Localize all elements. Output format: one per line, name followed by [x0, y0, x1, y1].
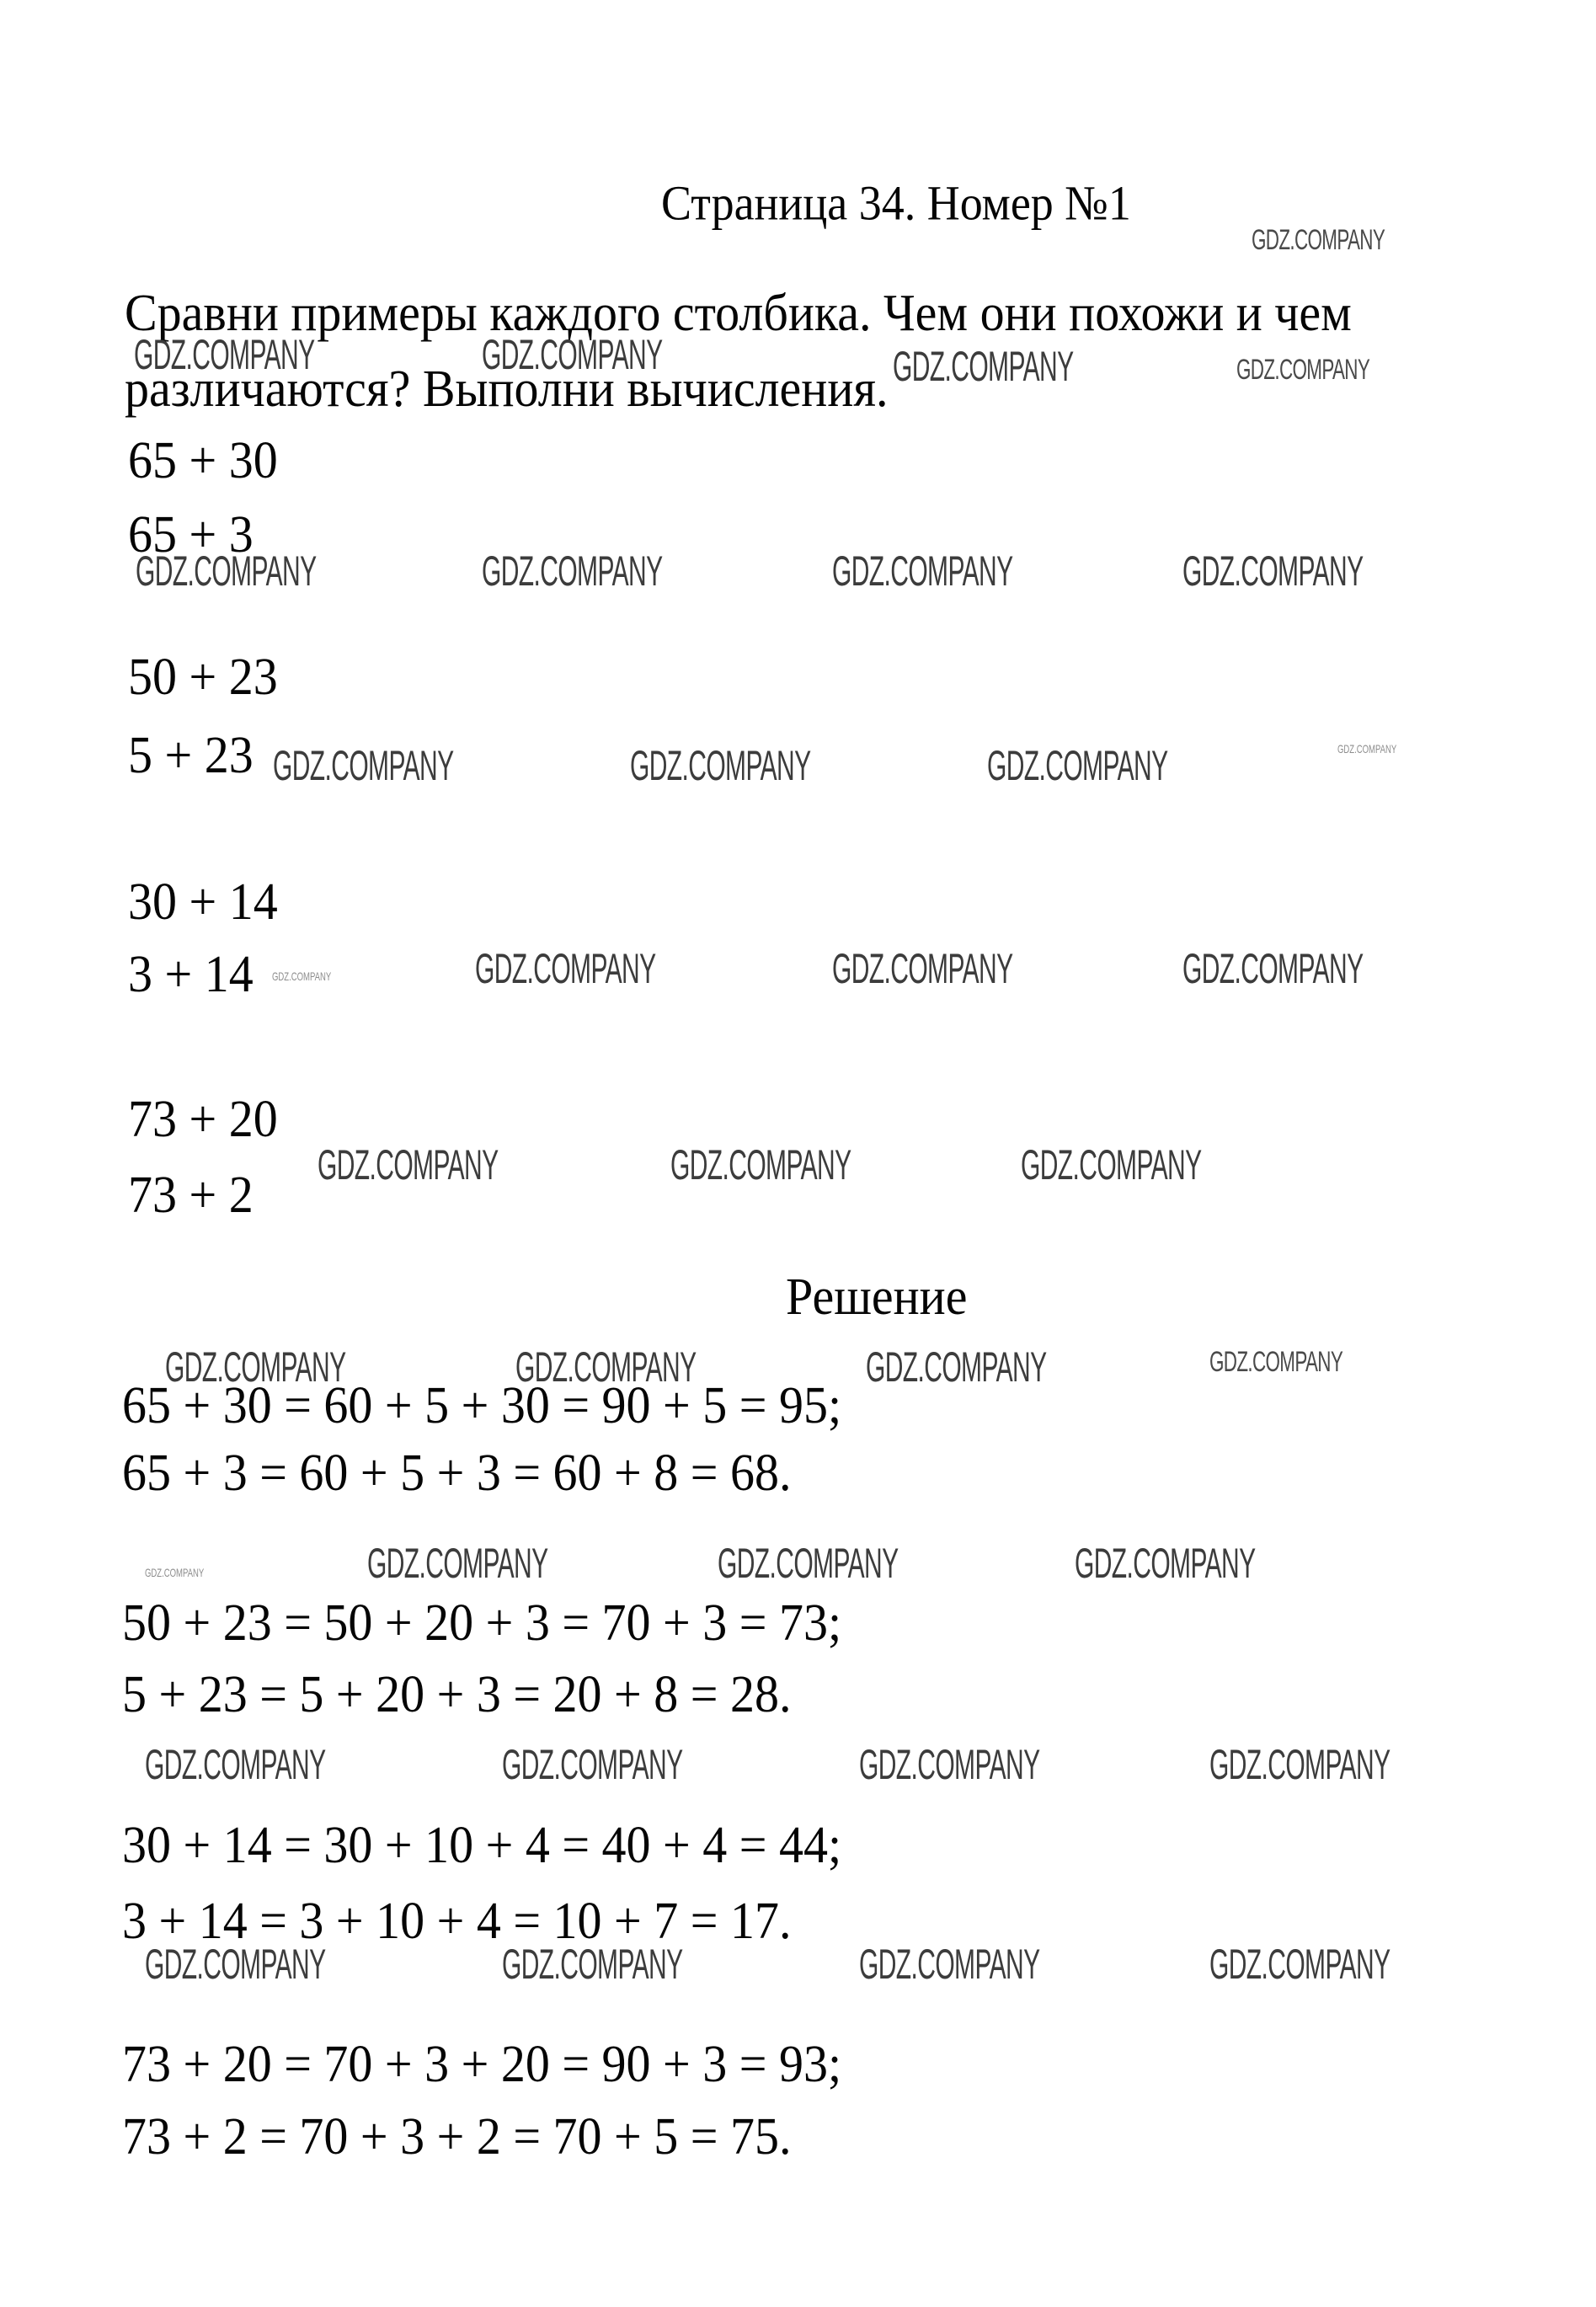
page-title: Страница 34. Номер №1	[661, 179, 1131, 227]
solution-line: 30 + 14 = 30 + 10 + 4 = 40 + 4 = 44;	[122, 1818, 841, 1872]
expression-line: 50 + 23	[128, 650, 278, 703]
watermark: GDZ.COMPANY	[630, 745, 811, 787]
expression-line: 5 + 23	[128, 729, 254, 782]
watermark: GDZ.COMPANY	[866, 1346, 1047, 1388]
watermark: GDZ.COMPANY	[670, 1144, 851, 1186]
watermark: GDZ.COMPANY	[1252, 226, 1385, 254]
watermark: GDZ.COMPANY	[1209, 1744, 1390, 1786]
solution-heading: Решение	[786, 1270, 967, 1323]
watermark: GDZ.COMPANY	[1182, 948, 1364, 990]
solution-line: 3 + 14 = 3 + 10 + 4 = 10 + 7 = 17.	[122, 1894, 791, 1947]
watermark: GDZ.COMPANY	[1236, 355, 1369, 384]
watermark: GDZ.COMPANY	[1209, 1348, 1342, 1376]
watermark: GDZ.COMPANY	[832, 948, 1013, 990]
watermark: GDZ.COMPANY	[273, 745, 454, 787]
solution-line: 73 + 20 = 70 + 3 + 20 = 90 + 3 = 93;	[122, 2037, 841, 2091]
watermark: GDZ.COMPANY	[482, 334, 663, 376]
watermark: GDZ.COMPANY	[475, 948, 656, 990]
watermark: GDZ.COMPANY	[502, 1943, 683, 1985]
document-page: Страница 34. Номер №1 Сравни примеры каж…	[0, 0, 1596, 2307]
watermark: GDZ.COMPANY	[1021, 1144, 1202, 1186]
watermark: GDZ.COMPANY	[987, 745, 1168, 787]
watermark: GDZ.COMPANY	[859, 1943, 1040, 1985]
watermark: GDZ.COMPANY	[165, 1346, 346, 1388]
watermark: GDZ.COMPANY	[893, 345, 1074, 387]
watermark: GDZ.COMPANY	[482, 550, 663, 592]
watermark: GDZ.COMPANY	[502, 1744, 683, 1786]
solution-line: 73 + 2 = 70 + 3 + 2 = 70 + 5 = 75.	[122, 2110, 791, 2163]
watermark: GDZ.COMPANY	[367, 1542, 548, 1584]
solution-line: 65 + 3 = 60 + 5 + 3 = 60 + 8 = 68.	[122, 1446, 791, 1499]
watermark: GDZ.COMPANY	[145, 1744, 326, 1786]
watermark: GDZ.COMPANY	[718, 1542, 899, 1584]
expression-line: 3 + 14	[128, 948, 254, 1001]
watermark: GDZ.COMPANY	[515, 1346, 697, 1388]
expression-line: 65 + 30	[128, 434, 278, 487]
watermark: GDZ.COMPANY	[318, 1144, 499, 1186]
watermark: GDZ.COMPANY	[272, 970, 331, 982]
watermark: GDZ.COMPANY	[1209, 1943, 1390, 1985]
watermark: GDZ.COMPANY	[136, 550, 317, 592]
expression-line: 30 + 14	[128, 875, 278, 928]
watermark: GDZ.COMPANY	[1182, 550, 1364, 592]
expression-line: 73 + 2	[128, 1168, 254, 1221]
solution-line: 50 + 23 = 50 + 20 + 3 = 70 + 3 = 73;	[122, 1596, 841, 1649]
watermark: GDZ.COMPANY	[145, 1567, 204, 1578]
solution-line: 5 + 23 = 5 + 20 + 3 = 20 + 8 = 28.	[122, 1668, 791, 1721]
watermark: GDZ.COMPANY	[1337, 743, 1396, 755]
watermark: GDZ.COMPANY	[832, 550, 1013, 592]
expression-line: 73 + 20	[128, 1092, 278, 1145]
watermark: GDZ.COMPANY	[134, 334, 315, 376]
watermark: GDZ.COMPANY	[859, 1744, 1040, 1786]
watermark: GDZ.COMPANY	[145, 1943, 326, 1985]
watermark: GDZ.COMPANY	[1075, 1542, 1256, 1584]
